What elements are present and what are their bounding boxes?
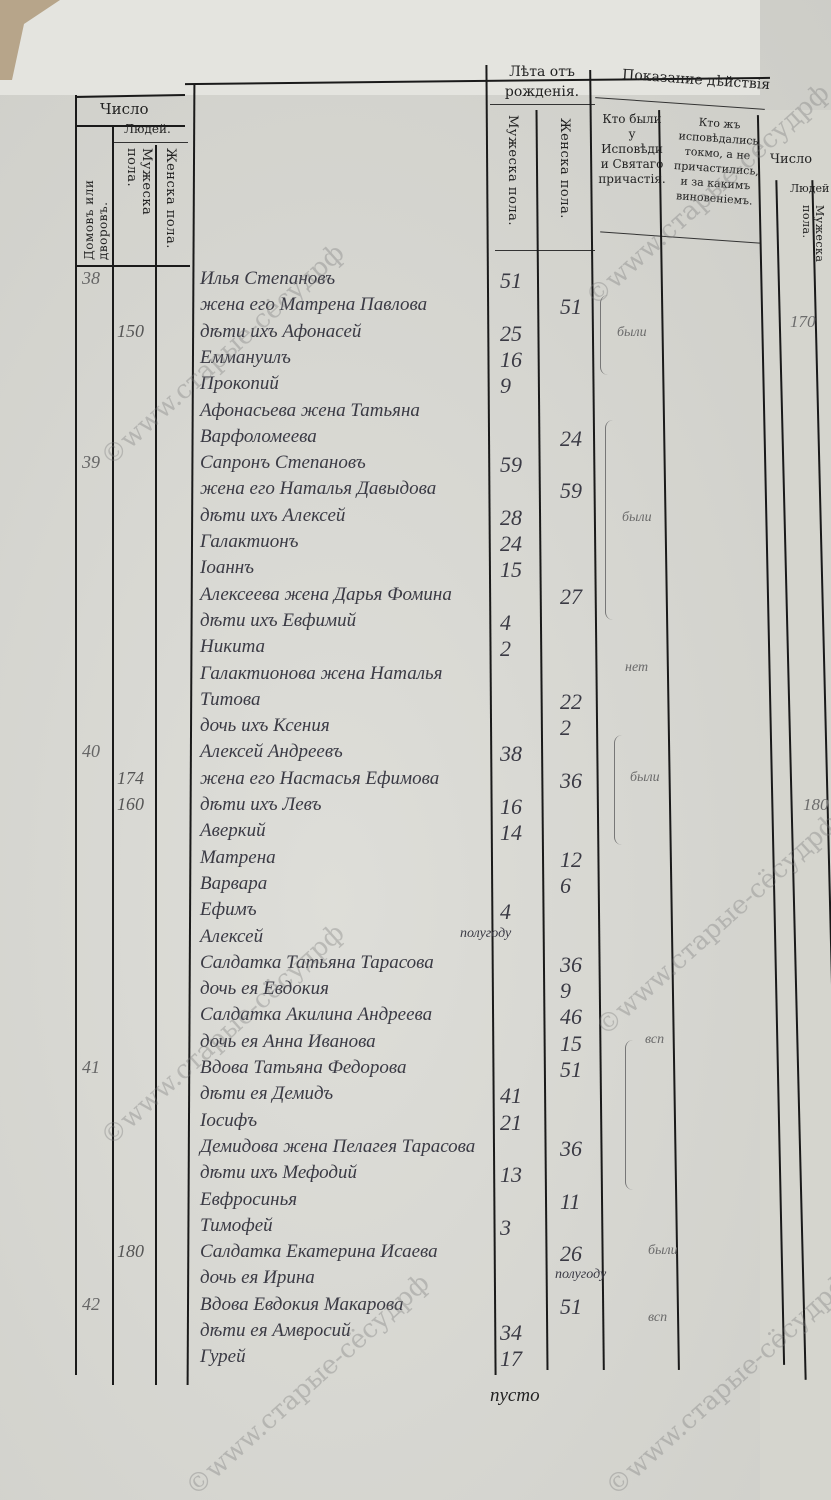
col-rule-2 — [112, 125, 114, 1385]
person-name: Вдова Татьяна Федорова — [200, 1057, 407, 1079]
female-age: 36 — [560, 1136, 582, 1162]
right-header-male: Мужеска пола. — [800, 205, 826, 285]
person-name: Алексей — [200, 926, 263, 948]
header-age-title: Лѣта отъ рожденія. — [492, 62, 592, 102]
person-name: Алексей Андреевъ — [200, 741, 343, 763]
annotation-byli-2: были — [622, 510, 652, 526]
person-name: дѣти ихъ Левъ — [200, 794, 322, 816]
male-age: 34 — [500, 1320, 522, 1346]
person-name: дѣти ихъ Мефодий — [200, 1162, 357, 1184]
male-age: 9 — [500, 373, 511, 399]
person-name: Гурей — [200, 1346, 246, 1368]
person-name: Ефимъ — [200, 899, 257, 921]
tally-number: 160 — [117, 794, 144, 815]
female-age: полугоду — [555, 1267, 606, 1283]
annotation-byli-3: были — [630, 770, 660, 786]
female-age: 27 — [560, 584, 582, 610]
female-age: 6 — [560, 873, 571, 899]
person-name: Афонасьева жена Татьяна — [200, 400, 420, 422]
female-age: 51 — [560, 294, 582, 320]
annotation-byli-1: были — [617, 325, 647, 341]
female-age: 9 — [560, 978, 571, 1004]
person-name: дочь ихъ Ксения — [200, 715, 330, 737]
person-name: Сапронъ Степановъ — [200, 452, 366, 474]
person-name: дѣти ихъ Алексей — [200, 505, 345, 527]
male-age: 21 — [500, 1110, 522, 1136]
register-page: Число Людей. Домовъ или дворовъ. Мужеска… — [0, 0, 831, 1500]
person-name: Варфоломеева — [200, 426, 317, 448]
tally-number: 174 — [117, 768, 144, 789]
indication-rule — [595, 97, 765, 110]
header-left-female: Женска пола. — [163, 148, 178, 258]
male-age: 3 — [500, 1215, 511, 1241]
annotation-vsp-1: всп — [645, 1032, 664, 1048]
col-rule-7 — [589, 70, 605, 1370]
person-name: Аверкий — [200, 820, 266, 842]
person-name: Тимофей — [200, 1215, 273, 1237]
footer-note: пусто — [490, 1385, 540, 1407]
person-name: Iосифъ — [200, 1110, 257, 1132]
person-name: Никита — [200, 636, 265, 658]
male-age: 38 — [500, 741, 522, 767]
person-name: Демидова жена Пелагея Тарасова — [200, 1136, 475, 1158]
household-number: 42 — [82, 1294, 100, 1315]
header-left-male: Мужеска пола. — [124, 148, 154, 258]
bracket — [614, 735, 623, 845]
annotation-byli-4: были — [648, 1243, 678, 1259]
person-name: жена его Настасья Ефимова — [200, 768, 439, 790]
male-age: 59 — [500, 452, 522, 478]
person-name: дѣти ихъ Евфимий — [200, 610, 356, 632]
person-name: дѣти ея Демидъ — [200, 1083, 333, 1105]
people-rule — [112, 142, 188, 143]
person-name: Матрена — [200, 847, 276, 869]
age-bottom-rule — [495, 250, 595, 251]
annotation-net: нет — [625, 660, 648, 676]
female-age: 22 — [560, 689, 582, 715]
male-age: 14 — [500, 820, 522, 846]
female-age: 2 — [560, 715, 571, 741]
female-age: 36 — [560, 952, 582, 978]
person-name: дѣти ея Амвросий — [200, 1320, 351, 1342]
person-name: Галактионъ — [200, 531, 299, 553]
male-age: 16 — [500, 794, 522, 820]
male-age: полугоду — [460, 926, 511, 942]
female-age: 51 — [560, 1294, 582, 1320]
person-name: Варвара — [200, 873, 267, 895]
male-age: 4 — [500, 610, 511, 636]
female-age: 59 — [560, 478, 582, 504]
female-age: 36 — [560, 768, 582, 794]
female-age: 24 — [560, 426, 582, 452]
col-rule-5 — [485, 65, 496, 1375]
right-header-people: Людей — [790, 182, 829, 195]
header-age-female: Женска пола. — [557, 118, 572, 248]
female-age: 11 — [560, 1189, 580, 1215]
male-age: 13 — [500, 1162, 522, 1188]
person-name: Титова — [200, 689, 260, 711]
female-age: 46 — [560, 1004, 582, 1030]
person-name: дочь ея Ирина — [200, 1267, 315, 1289]
header-indication-confessed: Кто были у Исповѣди и Святаго причастія. — [598, 112, 666, 187]
person-name: Галактионова жена Наталья — [200, 663, 442, 685]
female-age: 15 — [560, 1031, 582, 1057]
col-rule-1 — [75, 95, 77, 1375]
col-rule-8 — [658, 110, 680, 1370]
female-age: 12 — [560, 847, 582, 873]
male-age: 17 — [500, 1346, 522, 1372]
person-name: жена его Наталья Давыдова — [200, 478, 436, 500]
male-age: 24 — [500, 531, 522, 557]
female-age: 26 — [560, 1241, 582, 1267]
header-bottom-left — [75, 265, 190, 267]
male-age: 51 — [500, 268, 522, 294]
right-header-chislo: Число — [770, 152, 812, 167]
household-number: 40 — [82, 741, 100, 762]
male-age: 4 — [500, 899, 511, 925]
header-households: Домовъ или дворовъ. — [82, 150, 110, 260]
person-name: Iоаннъ — [200, 557, 254, 579]
bracket — [605, 420, 614, 620]
col-rule-6 — [536, 110, 549, 1370]
annotation-vsp-2: всп — [648, 1310, 667, 1326]
tally-number: 150 — [117, 321, 144, 342]
male-age: 25 — [500, 321, 522, 347]
header-chislo: Число — [100, 100, 149, 118]
household-number: 38 — [82, 268, 100, 289]
person-name: Салдатка Екатерина Исаева — [200, 1241, 438, 1263]
person-name: Алексеева жена Дарья Фомина — [200, 584, 452, 606]
male-age: 16 — [500, 347, 522, 373]
female-age: 51 — [560, 1057, 582, 1083]
col-rule-3 — [155, 145, 157, 1385]
household-number: 41 — [82, 1057, 100, 1078]
person-name: жена его Матрена Павлова — [200, 294, 427, 316]
male-age: 28 — [500, 505, 522, 531]
household-number: 39 — [82, 452, 100, 473]
tally-number: 180 — [117, 1241, 144, 1262]
right-tally-170: 170 — [790, 312, 816, 332]
bracket — [625, 1040, 634, 1190]
male-age: 2 — [500, 636, 511, 662]
col-rule-4 — [187, 85, 196, 1385]
person-name: Евфросинья — [200, 1189, 297, 1211]
male-age: 41 — [500, 1083, 522, 1109]
age-rule — [490, 104, 595, 105]
male-age: 15 — [500, 557, 522, 583]
header-age-male: Мужеска пола. — [505, 115, 520, 245]
header-people: Людей. — [124, 122, 171, 136]
